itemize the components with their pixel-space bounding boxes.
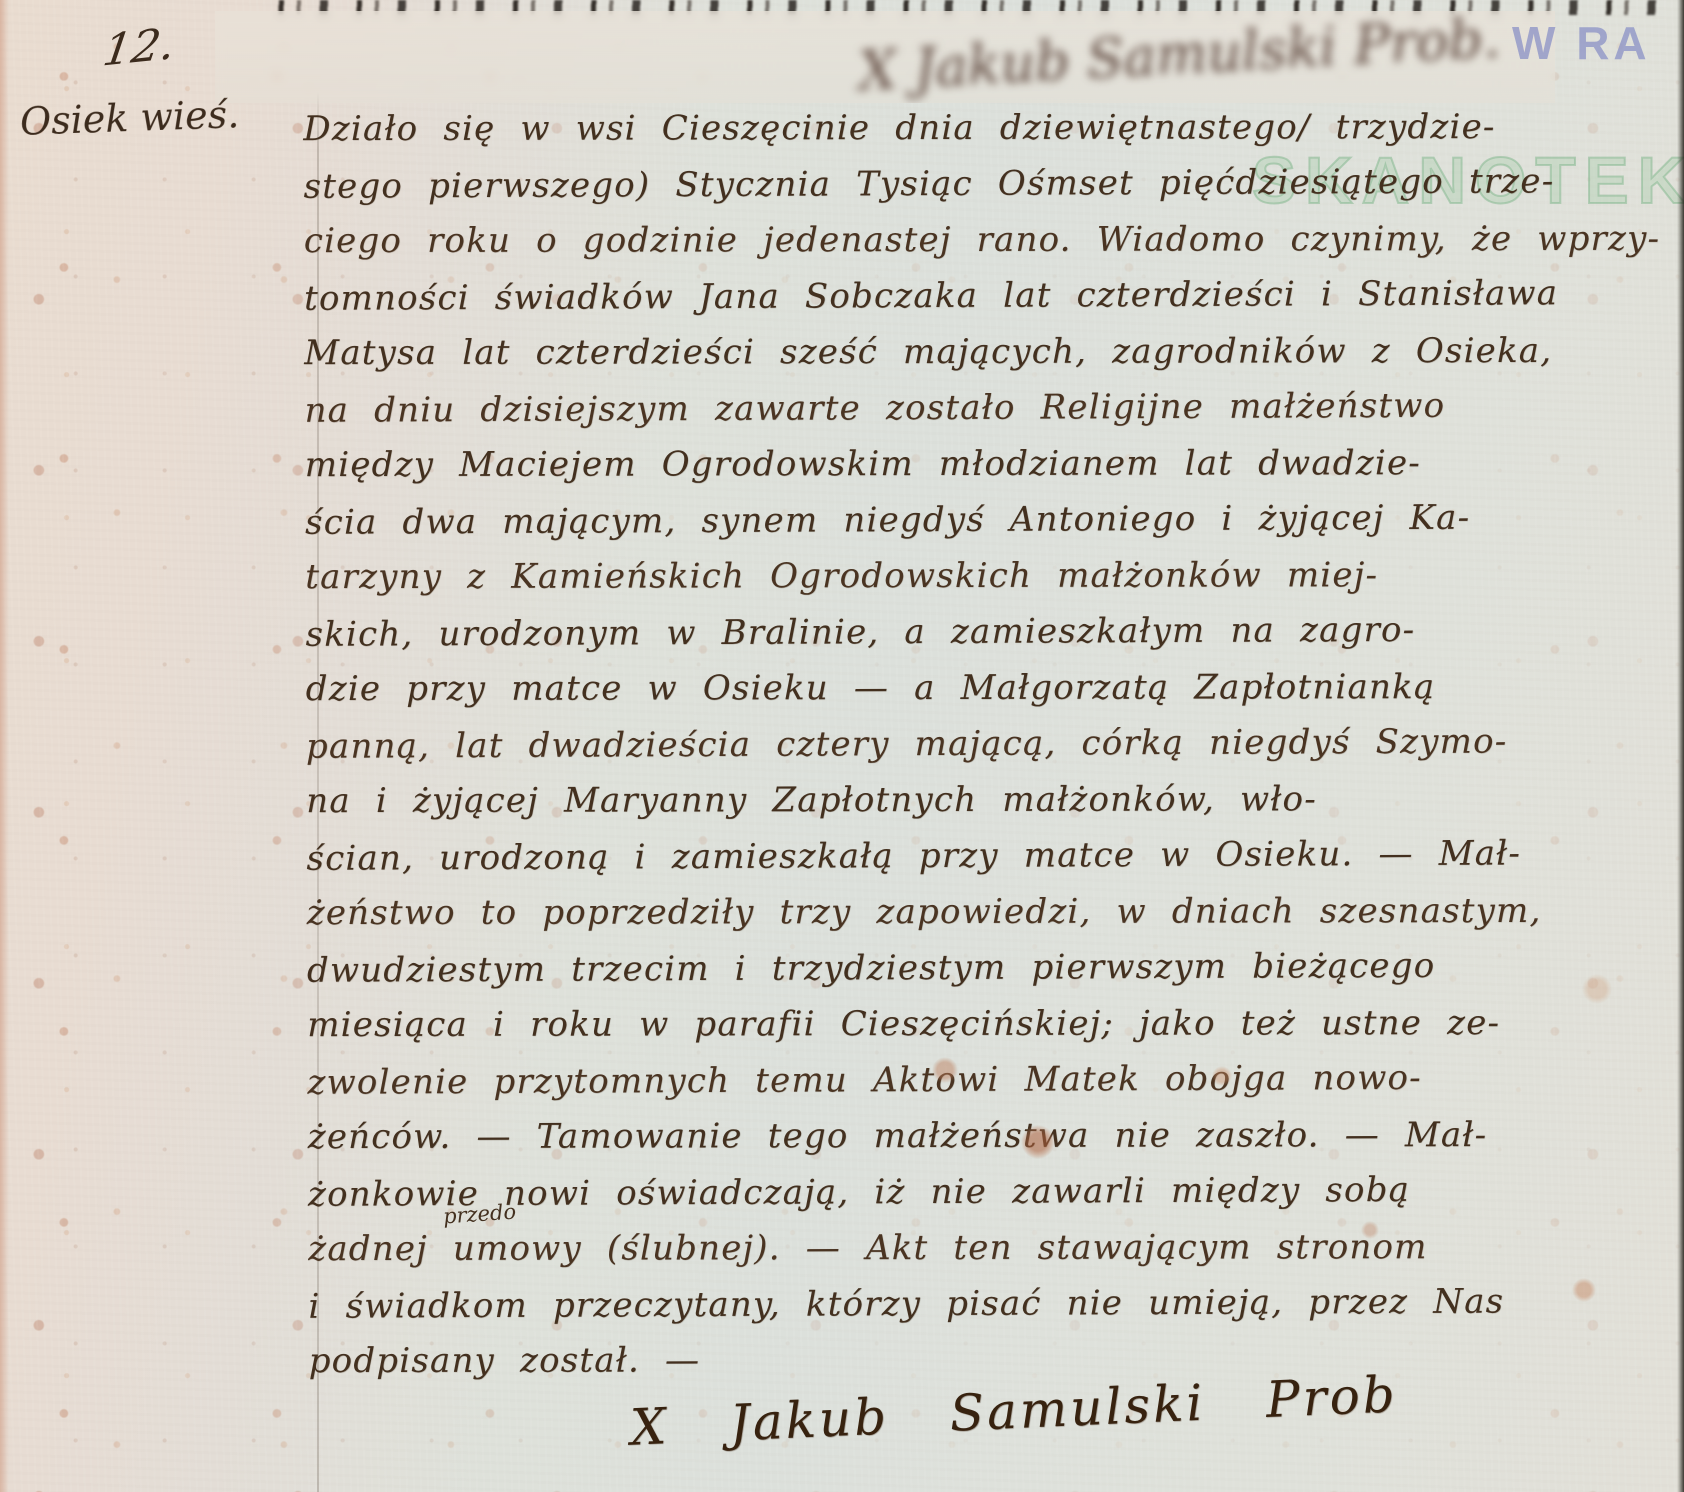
handwritten-line: zwolenie przytomnych temu Aktowi Matek o…	[307, 1049, 1577, 1111]
handwritten-line: ciego roku o godzinie jedenastej rano. W…	[304, 211, 1574, 269]
interlinear-insert: przedo	[442, 1199, 517, 1228]
handwritten-line: między Maciejem Ogrodowskim młodzianem l…	[305, 435, 1575, 493]
handwritten-line: Działo się w wsi Cieszęcinie dnia dziewi…	[303, 99, 1573, 157]
handwritten-line: miesiąca i roku w parafii Cieszęcińskiej…	[307, 995, 1577, 1053]
handwritten-line: żeństwo to poprzedziły trzy zapowiedzi, …	[307, 883, 1577, 941]
handwritten-line: na dniu dzisiejszym zawarte zostało Reli…	[304, 377, 1574, 439]
handwritten-line: dzie przy matce w Osieku — a Małgorzatą …	[306, 659, 1576, 717]
paper-left-edge	[0, 0, 9, 1492]
handwritten-line: tarzyny z Kamieńskich Ogrodowskich małżo…	[305, 547, 1575, 605]
handwritten-line: tomności świadków Jana Sobczaka lat czte…	[304, 265, 1574, 327]
handwritten-line: panną, lat dwadzieścia cztery mającą, có…	[306, 713, 1576, 775]
handwritten-line: żeńców. — Tamowanie tego małżeństwa nie …	[308, 1107, 1578, 1165]
redaction-blur-band: X Jakub Samulski Prob.	[215, 11, 1555, 103]
handwritten-line: i świadkom przeczytany, którzy pisać nie…	[308, 1273, 1578, 1335]
handwritten-line: Matysa lat czterdzieści sześć mających, …	[304, 323, 1574, 381]
document-page: X Jakub Samulski Prob. W RA SKANOTEKA 12…	[0, 0, 1684, 1492]
record-text-block: Działo się w wsi Cieszęcinie dnia dziewi…	[303, 97, 1579, 1391]
handwritten-line: ścian, urodzoną i zamieszkałą przy matce…	[306, 825, 1576, 887]
handwritten-line: żadnej umowy (ślubnej). — Akt ten stawaj…	[308, 1219, 1578, 1277]
handwritten-line: na i żyjącej Maryanny Zapłotnych małżonk…	[306, 771, 1576, 829]
record-number: 12.	[100, 18, 179, 76]
watermark-w-ra: W RA	[1512, 16, 1651, 70]
scan-right-edge	[1677, 0, 1684, 1492]
handwritten-line: dwudziestym trzecim i trzydziestym pierw…	[307, 937, 1577, 999]
previous-signature-blurred: X Jakub Samulski Prob.	[856, 11, 1501, 102]
handwritten-line: ścia dwa mającym, synem niegdyś Antonieg…	[305, 489, 1575, 551]
village-name: Osiek wieś.	[19, 92, 240, 144]
handwritten-line: skich, urodzonym w Bralinie, a zamieszka…	[305, 601, 1575, 663]
handwritten-line: stego pierwszego) Stycznia Tysiąc Ośmset…	[303, 153, 1573, 215]
